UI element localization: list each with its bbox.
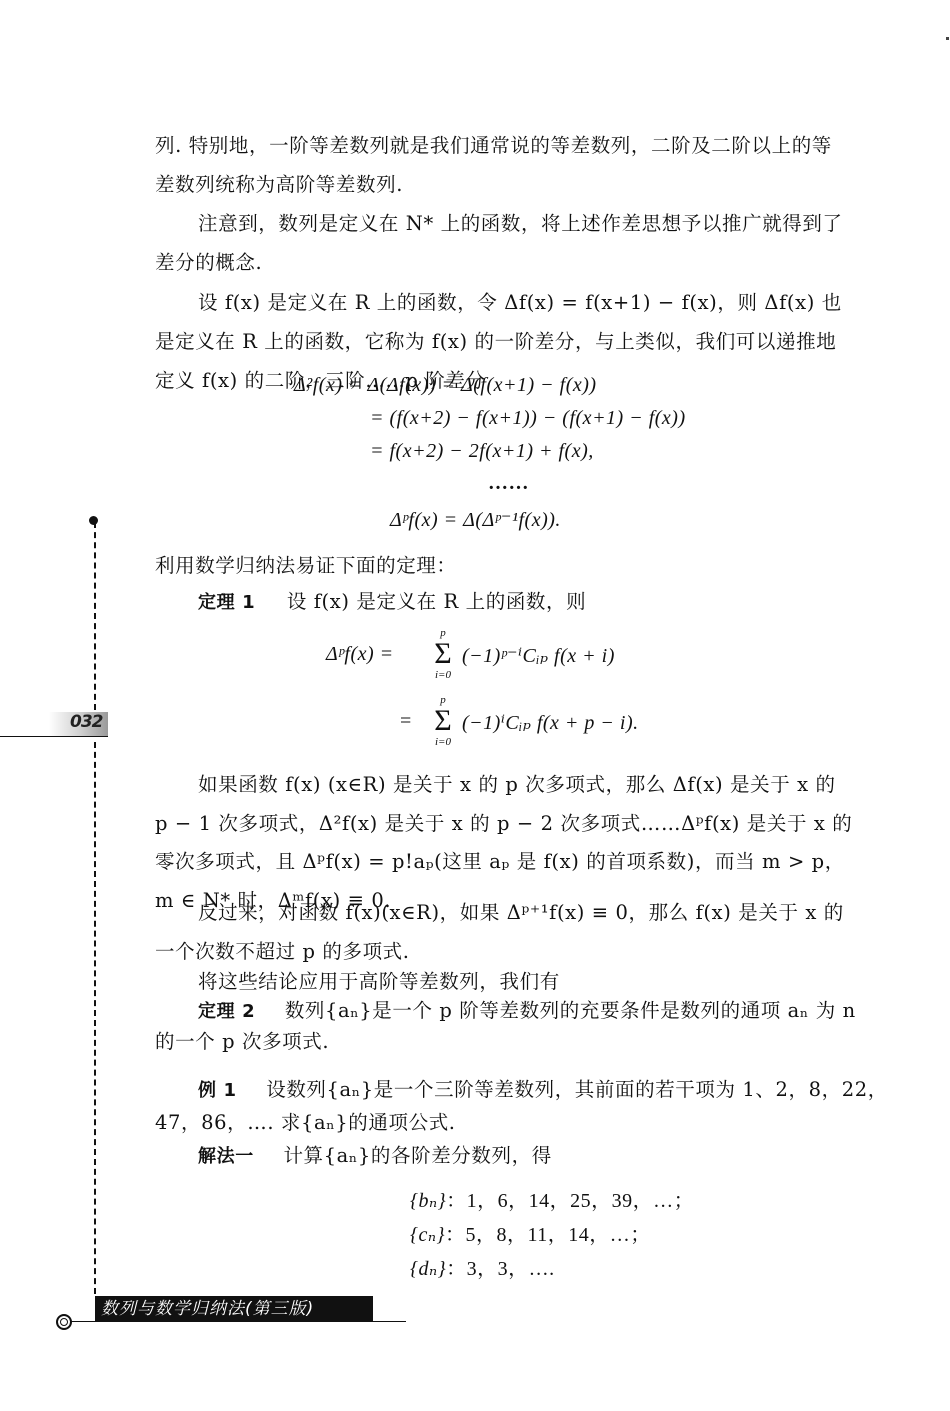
equation-line: Δᵖf(x) = Δ(Δᵖ⁻¹f(x)). [390,507,561,532]
summation-symbol: p Σ i=0 [426,627,460,681]
text-line: 如果函数 f(x) (x∈R) 是关于 x 的 p 次多项式，那么 Δf(x) … [198,765,918,804]
footer-rule [66,1321,406,1322]
margin-dashed-line-bottom [94,742,96,1294]
theorem-label: 定理 2 [198,1001,255,1022]
equation-lhs: Δᵖf(x) = [326,643,394,666]
method-text: 计算{aₙ}的各阶差分数列，得 [283,1144,551,1167]
sequence-line: {bₙ}：1，6，14，25，39，…； [410,1184,694,1213]
scan-speck [946,37,949,40]
sequence-name: {cₙ} [410,1224,445,1246]
equation-line: = (f(x+2) − f(x+1)) − (f(x+1) − f(x)) [370,407,686,430]
summation-symbol: p Σ i=0 [426,694,460,748]
book-title-banner: 数列与数学归纳法(第三版) [95,1296,373,1322]
equation-rhs: (−1)ⁱCᵢₚ f(x + p − i). [462,710,639,735]
equation-line: = f(x+2) − 2f(x+1) + f(x), [370,440,594,463]
sequence-values: ：3，3，…. [446,1258,555,1280]
sequence-name: {dₙ} [410,1258,446,1280]
text-line: 是定义在 R 上的函数，它称为 f(x) 的一阶差分，与上类似，我们可以递推地 [155,322,875,361]
ellipsis: …… [488,472,529,495]
equation-line: Δ²f(x) = Δ(Δf(x)) = Δ(f(x+1) − f(x)) [294,374,597,397]
text-line: 注意到，数列是定义在 N* 上的函数，将上述作差思想予以推广就得到了 [198,204,918,243]
sequence-values: ：5，8，11，14，…； [445,1224,651,1246]
text-line: 的一个 p 次多项式. [155,1022,875,1061]
solution-method-1: 解法一 计算{aₙ}的各阶差分数列，得 [198,1136,918,1176]
circle-ornament-icon [56,1314,72,1330]
equation-rhs: (−1)ᵖ⁻ⁱCᵢₚ f(x + i) [462,643,615,668]
margin-dashed-line-top [94,522,96,710]
sequence-name: {bₙ} [410,1190,446,1212]
theorem-text: 数列{aₙ}是一个 p 阶等差数列的充要条件是数列的通项 aₙ 为 n [285,999,856,1022]
example-label: 例 1 [198,1080,237,1101]
theorem-1: 定理 1 设 f(x) 是定义在 R 上的函数，则 [198,582,918,622]
text-line: 差数列统称为高阶等差数列. [155,165,875,204]
equals-sign: = [400,710,412,733]
theorem-text: 设 f(x) 是定义在 R 上的函数，则 [287,590,586,613]
text-line: 列. 特别地，一阶等差数列就是我们通常说的等差数列，二阶及二阶以上的等 [155,126,875,165]
sequence-line: {dₙ}：3，3，…. [410,1252,555,1281]
text-line: p − 1 次多项式，Δ²f(x) 是关于 x 的 p − 2 次多项式……Δᵖ… [155,804,875,843]
page-number: 032 [70,712,103,732]
text-line: 设 f(x) 是定义在 R 上的函数，令 Δf(x) = f(x+1) − f(… [198,283,918,322]
text-line: 利用数学归纳法易证下面的定理： [155,546,875,585]
text-line: 反过来，对函数 f(x)(x∈R)，如果 Δᵖ⁺¹f(x) ≡ 0，那么 f(x… [198,893,918,932]
method-label: 解法一 [198,1146,254,1167]
sequence-line: {cₙ}：5，8，11，14，…； [410,1218,651,1247]
text-line: 零次多项式，且 Δᵖf(x) = p!aₚ(这里 aₚ 是 f(x) 的首项系数… [155,842,875,881]
text-line: 差分的概念. [155,243,875,282]
example-text: 设数列{aₙ}是一个三阶等差数列，其前面的若干项为 1、2，8，22， [266,1078,888,1101]
sequence-values: ：1，6，14，25，39，…； [446,1190,694,1212]
margin-dot-icon [89,516,98,525]
theorem-label: 定理 1 [198,592,255,613]
